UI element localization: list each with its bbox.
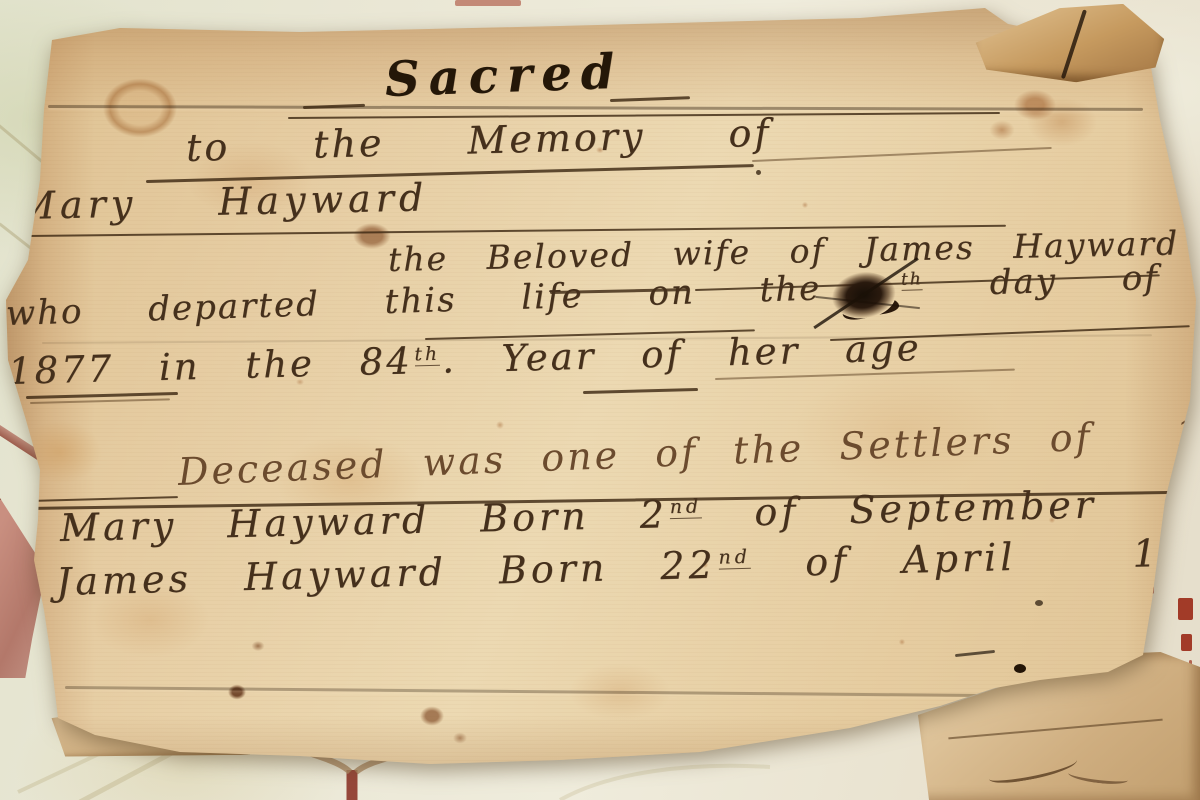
memory-line-text: to the Memory of	[185, 111, 771, 170]
paper-slit	[955, 650, 995, 657]
title-text: Sacred	[384, 44, 624, 108]
departed-ordinal: th	[901, 269, 923, 291]
pen-flourish-line	[752, 147, 1052, 162]
james-ordinal: nd	[718, 546, 751, 570]
wife-line-underlined: wife of	[672, 231, 826, 273]
paper-sheet-wrap: Sacred to the Memory of Mary Hayward the…	[0, 0, 1200, 800]
wife-line-prefix: the Beloved	[388, 235, 635, 279]
photo-of-handwritten-memorial-document: Sacred to the Memory of Mary Hayward the…	[0, 0, 1200, 800]
fold-crease-top	[48, 105, 1143, 111]
james-born-year: 1793	[1132, 528, 1200, 575]
ruled-line	[30, 398, 170, 403]
settlers-line-main: Deceased was one of the Settlers of	[177, 415, 1093, 494]
pin-hole	[1014, 664, 1026, 673]
mary-born-month: of September	[754, 482, 1098, 534]
james-born-prefix: James Hayward Born 22	[55, 543, 717, 604]
year-ordinal: th	[414, 343, 440, 366]
paper-sheet: Sacred to the Memory of Mary Hayward the…	[0, 0, 1200, 800]
name-line-text: Mary Hayward	[16, 175, 429, 228]
mary-ordinal: nd	[669, 496, 702, 520]
paper-slit	[1080, 682, 1141, 698]
mary-born-year: 1793	[1188, 477, 1200, 524]
fold-crease-bottom	[65, 686, 1130, 698]
pin-hole	[1035, 600, 1043, 606]
mary-born-prefix: Mary Hayward Born 2	[60, 492, 669, 550]
ruled-line	[583, 388, 698, 394]
settlers-line-text: Deceased was one of the Settlers of 1820	[177, 406, 1200, 494]
ink-dot	[756, 170, 761, 175]
ink-blot	[828, 267, 899, 323]
james-born-month: of April	[805, 535, 1017, 585]
ruled-line	[28, 496, 178, 502]
tear-crack	[1061, 9, 1087, 79]
year-line-prefix: 1877 in the 84	[7, 339, 413, 393]
settlers-year: 1820	[1175, 406, 1200, 456]
